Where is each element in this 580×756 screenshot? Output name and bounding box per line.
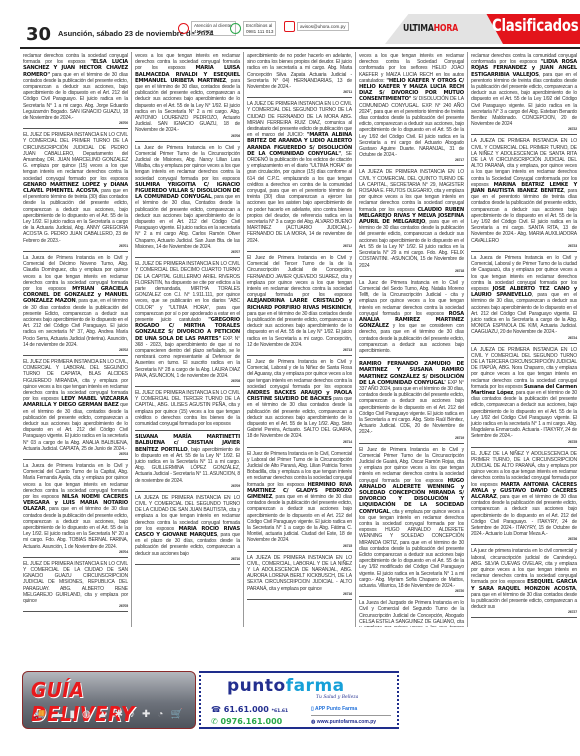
legal-notice: LA JUEZA DE PRIMERA INSTANCIA EN LO CIVI… (247, 554, 352, 600)
legal-notice: RAMIRO FERNANDO ZAMUDIO DE MARTINEZ Y SU… (359, 360, 464, 443)
notice-text: , para que en el perentorio término de t… (471, 72, 577, 128)
notice-text: , cita y emplaza por quince veces a los … (359, 509, 464, 589)
notice-text: , para que en el término de 30 días cont… (23, 506, 128, 549)
notice-reference-code: 26727 (471, 610, 577, 614)
punto-farma-tagline: Tu Salud y Belleza (316, 695, 358, 700)
phone-icon: ☎ (211, 705, 224, 714)
notice-reference-code: 26723 (471, 244, 577, 248)
ultima-hora-logo: ULTIMAHORA (403, 23, 458, 34)
legal-notice: La Juez de Primera Instancia en lo Civil… (359, 279, 464, 358)
notice-reference-code: 26717 (359, 158, 464, 162)
notice-text: , para que en el término de 30 días cont… (471, 494, 577, 537)
legal-notice: El Juez de Primera Instancia en lo Civil… (247, 254, 352, 356)
delivery-category-icon: 🚚 (33, 709, 45, 720)
notice-reference-code: 26715 (247, 544, 352, 548)
notice-text: EXP. N° 368 - 2023, bajo apercibimiento … (135, 336, 240, 379)
notice-reference-code: 26720 (359, 589, 464, 593)
notice-text: , para que en el término de 30 días cont… (247, 305, 352, 348)
notice-text: , para que, en el término de 30 días con… (23, 298, 128, 347)
legal-notice: El Juez de Primera Instancia en lo Civil… (247, 358, 352, 448)
legal-notice: EL JUEZ DE PRIMERA INSTANCIA EN LO CIVIL… (23, 560, 128, 612)
notice-reference-code: 26706 (135, 134, 240, 138)
notice-reference-code: 26703 (23, 452, 128, 456)
delivery-category-icon: ✚ (142, 709, 150, 720)
legal-notice: reclamar derechos contra la comunidad co… (471, 52, 577, 135)
classifieds-columns: reclamar derechos contra la sociedad con… (20, 52, 580, 627)
website-url: www.puntofarma.com.py (317, 719, 376, 725)
contact-label: Atención al cliente: (194, 23, 233, 28)
notice-reference-code: 26716 (247, 592, 352, 596)
notice-text: S/ DISOLUCIÓN DE LA COMUNIDAD CONYUGAL. … (359, 96, 464, 158)
legal-notice: veces a los que tengan interés en reclam… (135, 52, 240, 142)
notice-text: " EXP N° 337 AÑO 2024, para que en el té… (359, 380, 464, 436)
notice-text: que en el término de 30 días, contados d… (23, 402, 128, 451)
legal-notice: LA JUEZA DE PRIMERA INSTANCIA EN LO CIVI… (471, 346, 577, 448)
notice-text: EL JUEZ DE PRIMERA INSTANCIA EN LO CIVIL… (135, 261, 240, 323)
notice-text: , para que en el término de 30 días, com… (471, 292, 577, 335)
legal-notice: reclamar derechos contra la sociedad con… (23, 52, 128, 129)
notice-text: , para que en el término de 30 días cont… (359, 219, 464, 268)
column-3: apercibimiento de no poder hacerlo en ad… (244, 52, 356, 627)
contact-email: avisos@uhora.com.py (284, 21, 349, 32)
punto-farma-app: ▯ APP Punto Farma (311, 706, 357, 712)
notice-reference-code: 26709 (135, 484, 240, 488)
notice-text: La Jueza del Juzgado de Primera Instanci… (359, 600, 464, 627)
whatsapp-icon: ✆ (211, 717, 221, 726)
notice-text: , para que en el perentorio término de t… (471, 188, 577, 244)
notice-reference-code: 26705 (23, 604, 128, 608)
legal-notice: LA JUEZ DE PRIMERA INSTANCIA EN LO CIVIL… (247, 100, 352, 252)
notice-reference-code: 26714 (247, 440, 352, 444)
legal-notice: La Jueza de Primera Instancia en lo Civi… (23, 462, 128, 558)
notice-text: , para que en el término de 30 días cont… (247, 494, 352, 543)
legal-notice: veces a los que tengan interés en reclam… (359, 52, 464, 166)
contact-whatsapp: Escríbinos al0981 111 013 (230, 21, 276, 36)
notice-text: , para que en el perentorio término de t… (23, 188, 128, 244)
phone-number: 61.61.000 (224, 705, 269, 714)
notice-reference-code: 26711 (247, 90, 352, 94)
app-label: APP Punto Farma (315, 706, 357, 712)
notice-reference-code: 26700 (23, 121, 128, 125)
column-1: reclamar derechos contra la sociedad con… (20, 52, 132, 627)
delivery-category-icon: ▲ (98, 709, 108, 720)
notice-reference-code: 26724 (471, 336, 577, 340)
notice-text: , SE ORDENÓ la publicación de los edicto… (247, 151, 352, 244)
logo-part1: punto (227, 676, 286, 696)
notice-text: El Juez de Primera Instancia en lo Civil… (247, 255, 352, 298)
legal-notice: EL JUEZ DE PRIMERA INSTANCIA EN LO CIVIL… (135, 389, 240, 431)
notice-reference-code: 26704 (23, 550, 128, 554)
legal-notice: apercibimiento de no poder hacerlo en ad… (247, 52, 352, 98)
notice-reference-code: 26726 (471, 537, 577, 541)
delivery-category-icon: ▮ (69, 709, 75, 720)
column-4: veces a los que tengan interés en reclam… (356, 52, 468, 627)
delivery-category-icon: ✱ (115, 709, 123, 720)
notice-parties: ALEJANDRINA LARRE CRISTALDO y RICHARD PO… (247, 298, 352, 310)
contact-label: Escríbinos al (246, 23, 272, 28)
legal-notice: El Juez de Primera Instancia en lo Civil… (359, 446, 464, 598)
delivery-category-icon: ♪ (130, 709, 135, 720)
whatsapp-icon (230, 23, 241, 34)
legal-notice: LA JUEZA DE PRIMERA INSTANCIA EN LO CIVI… (135, 494, 240, 565)
legal-notice: LA JUEZA DE PRIMERA INSTANCIA EN LO CIVI… (471, 137, 577, 251)
notice-reference-code: 26712 (247, 244, 352, 248)
delivery-category-icon: ▬ (52, 709, 62, 720)
notice-text: , para que en el término de 30 días cont… (471, 390, 577, 439)
legal-notice: La Jueza del Juzgado de Primera Instanci… (359, 599, 464, 627)
divider (311, 715, 391, 716)
legal-notice: SILVANA MARÍA MARTINETTI BALBUENA c/ CRI… (135, 433, 240, 492)
whatsapp-number: 0976.161.000 (221, 717, 283, 726)
header-rule (20, 47, 580, 49)
page-header: 30 Asunción, sábado 23 de noviembre de 2… (0, 0, 580, 48)
contact-value: 0981 111 013 (246, 29, 273, 34)
contact-value: avisos@uhora.com.py (300, 24, 346, 30)
delivery-category-icon: ◔ (157, 709, 163, 720)
delivery-category-icons: 🚚▬▮◍▲✱♪✚◔🛒 (33, 709, 183, 720)
notice-text: EL JUEZ DE PRIMERA INSTANCIA EN LO CIVIL… (23, 132, 128, 181)
mail-icon (284, 21, 295, 32)
notice-reference-code: 26725 (471, 440, 577, 444)
contact-value: 415 7000 (194, 29, 213, 34)
legal-notice: EL JUEZ DE LA NIÑEZ Y ADOLESCENCIA DE PR… (471, 450, 577, 546)
notice-reference-code: 26710 (135, 557, 240, 561)
legal-notice: EL JUEZ DE PRIMERA INSTANCIA EN LO CIVIL… (23, 358, 128, 460)
logo-part2: HORA (434, 23, 458, 34)
ads-row: GUÍA DELIVERY 🚚▬▮◍▲✱♪✚◔🛒 puntofarma Tu S… (20, 671, 580, 729)
notice-reference-code: 26708 (135, 379, 240, 383)
column-5: reclamar derechos contra la comunidad co… (468, 52, 580, 627)
legal-notice: La Juez de Primera Instancia en lo Civil… (135, 144, 240, 258)
notice-text: apercibimiento de no poder hacerlo en ad… (247, 53, 352, 90)
legal-notice: El Juez de Primera Instancia en lo Civil… (247, 450, 352, 552)
legal-notice: LA juez de primera instancia en lo civil… (471, 547, 577, 618)
punto-farma-whatsapp: ✆ 0976.161.000 (211, 717, 282, 726)
notice-text: LA JUEZA DE PRIMERA INSTANCIA EN LO CIVI… (471, 138, 577, 187)
legal-notice: LA JUEZA DE PRIMERA INSTANCIA EN LO CIVI… (359, 168, 464, 276)
phone-short: *61.61 (272, 709, 289, 714)
notice-text: para que en el término de 30 días contad… (247, 396, 352, 439)
column-2: veces a los que tengan interés en reclam… (132, 52, 244, 627)
notice-text: EL JUEZ DE PRIMERA INSTANCIA EN LO CIVIL… (23, 561, 128, 604)
notice-text: para que en el término de 30 días contad… (23, 72, 128, 121)
logo-part2: farma (286, 676, 345, 696)
notice-reference-code: 26701 (23, 244, 128, 248)
punto-farma-website: ◍ www.puntofarma.com.py (311, 719, 376, 725)
phone-icon (178, 23, 189, 34)
notice-reference-code: 26707 (135, 250, 240, 254)
contact-customer-service: Atención al cliente:415 7000 (178, 21, 236, 36)
notice-text: LA JUEZA DE PRIMERA INSTANCIA EN LO CIVI… (247, 555, 352, 592)
punto-farma-ad[interactable]: puntofarma Tu Salud y Belleza ☎ 61.61.00… (199, 671, 399, 729)
delivery-category-icon: ◍ (82, 709, 91, 720)
notice-reference-code: 26722 (471, 127, 577, 131)
legal-notice: EL JUEZ DE PRIMERA INSTANCIA EN LO CIVIL… (23, 131, 128, 252)
page-number: 30 (26, 24, 51, 45)
logo-part1: ULTIMA (403, 23, 434, 34)
notice-text: , bajo apercibimiento de lo dispuesto en… (135, 447, 240, 484)
delivery-category-icon: 🛒 (170, 709, 182, 720)
notice-reference-code: 26718 (359, 269, 464, 273)
guia-delivery-ad[interactable]: GUÍA DELIVERY 🚚▬▮◍▲✱♪✚◔🛒 (22, 671, 196, 729)
notice-text: La Juez de Primera Instancia en lo Civil… (135, 145, 240, 182)
notice-text: El Juez de Primera Instancia en lo Civil… (247, 359, 352, 390)
legal-notice: EL JUEZ DE PRIMERA INSTANCIA EN LO CIVIL… (135, 260, 240, 387)
punto-farma-logo: puntofarma (227, 676, 345, 696)
punto-farma-phone: ☎ 61.61.000 *61.61 (211, 705, 288, 714)
notice-reference-code: 26713 (247, 348, 352, 352)
notice-text: , para que en el término de 30 días, con… (135, 78, 240, 134)
notice-text: , para que en el término de 30 días, Con… (135, 194, 240, 250)
notice-text: EL JUEZ DE PRIMERA INSTANCIA EN LO CIVIL… (135, 390, 240, 408)
legal-notice: La Jueza de Primera Instancia en lo Civi… (471, 254, 577, 344)
notice-reference-code: 26719 (359, 436, 464, 440)
notice-reference-code: 26702 (23, 348, 128, 352)
legal-notice: La Jueza de Primera Instancia en lo Civi… (23, 254, 128, 356)
section-title: Clasificados (492, 16, 578, 36)
